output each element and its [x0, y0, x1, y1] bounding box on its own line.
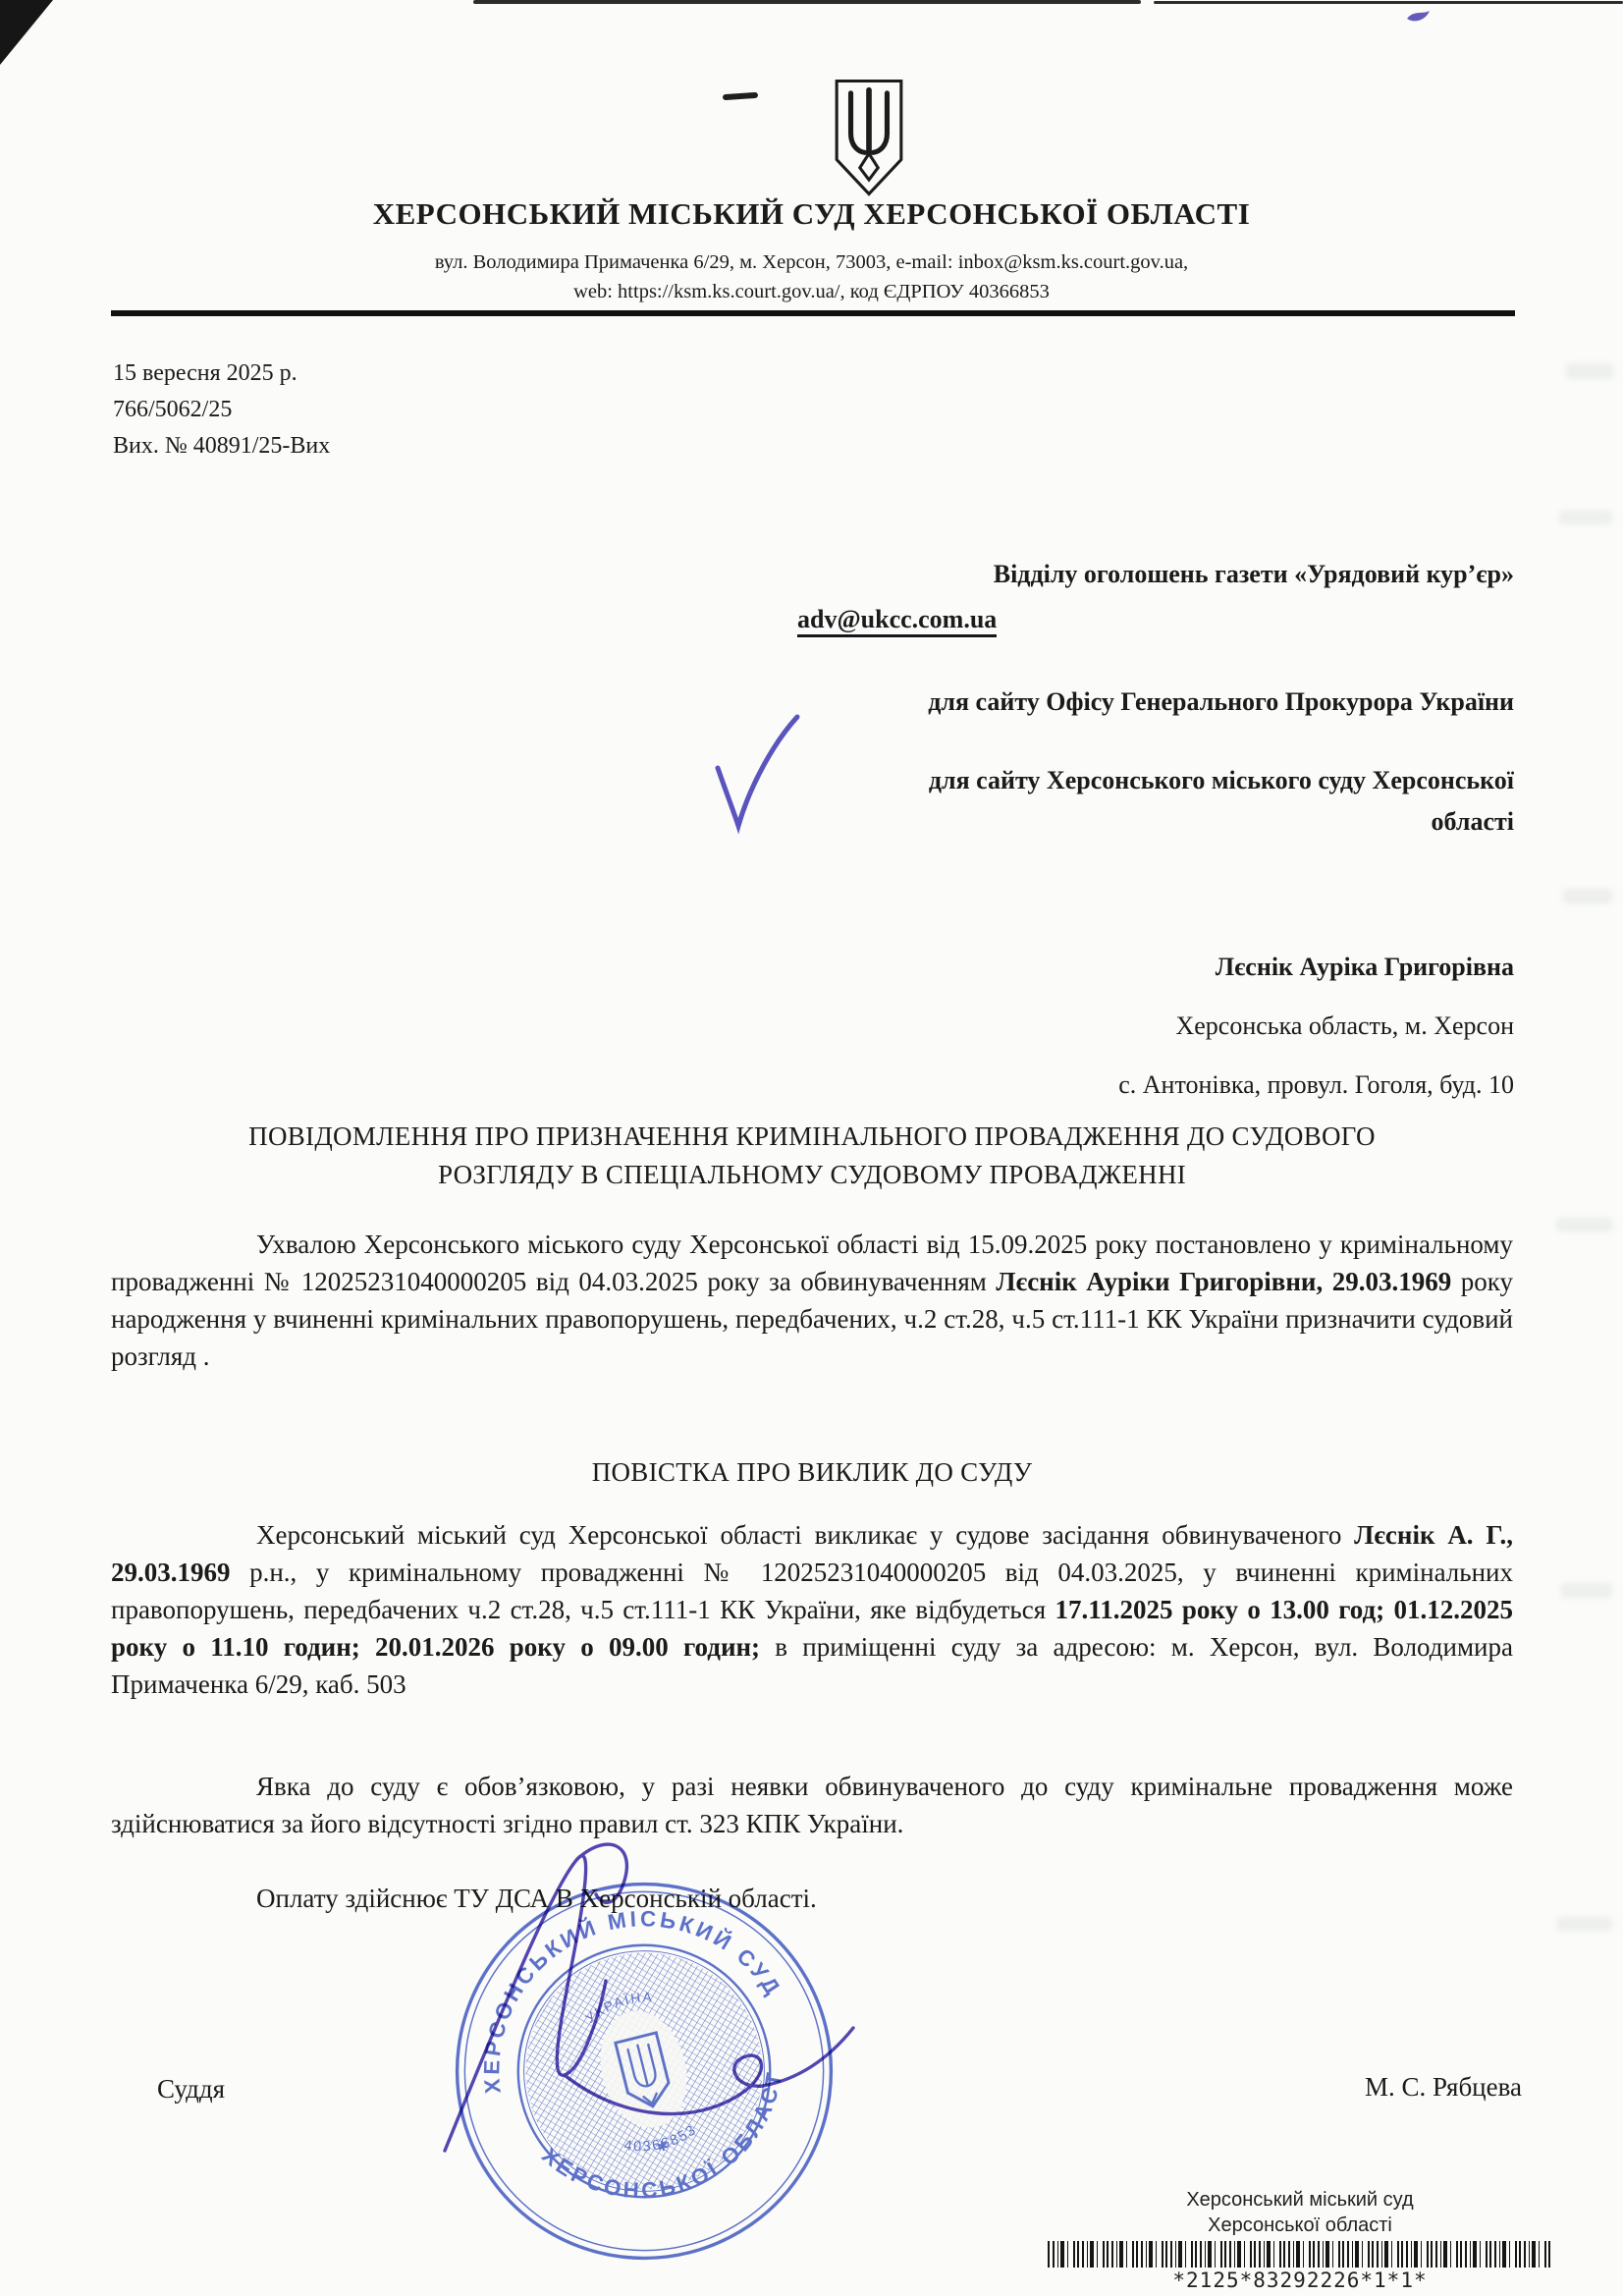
handwritten-checkmark-icon [705, 709, 803, 837]
doc-outgoing-number: Вих. № 40891/25-Вих [113, 428, 330, 465]
recipient-person-name: Лєснік Ауріка Григорівна [797, 953, 1514, 982]
scan-bleedthrough [1559, 511, 1612, 524]
barcode-code-text: *2125*83292226*1*1* [1045, 2269, 1555, 2292]
recipient-newspaper-email: adv@ukcc.com.ua [797, 605, 997, 634]
header-rule [111, 310, 1515, 316]
scan-bleedthrough [1566, 363, 1613, 379]
scan-top-edge-line-2 [1154, 1, 1623, 4]
recipient-person-region: Херсонська область, м. Херсон [797, 1011, 1514, 1041]
scan-bleedthrough [1557, 1917, 1612, 1931]
scan-bleedthrough [1561, 1583, 1612, 1598]
judge-name: М. С. Рябцева [1365, 2072, 1522, 2103]
recipient-prosecutor-site: для сайту Офісу Генерального Прокурора У… [797, 687, 1514, 717]
judge-label: Суддя [157, 2074, 225, 2105]
recipient-court-site: для сайту Херсонського міського суду Хер… [797, 766, 1514, 795]
recipient-court-site-cont: області [797, 807, 1514, 837]
judge-signature [417, 1812, 889, 2195]
scan-top-edge-line [473, 0, 1141, 4]
ukraine-trident-icon [831, 77, 907, 200]
court-web-line: web: https://ksm.ks.court.gov.ua/, код Є… [0, 281, 1623, 303]
scan-dash-mark [723, 92, 758, 100]
scan-bleedthrough [1563, 889, 1612, 903]
summons-paragraph: Херсонський міський суд Херсонської обла… [111, 1516, 1513, 1703]
scan-corner-artifact [0, 0, 53, 65]
scan-bleedthrough [1556, 1218, 1613, 1231]
summons-title: ПОВІСТКА ПРО ВИКЛИК ДО СУДУ [111, 1453, 1513, 1492]
barcode-caption-1: Херсонський міський суд [1045, 2188, 1555, 2213]
barcode-caption-2: Херсонської області [1045, 2214, 1555, 2238]
barcode-bars [1048, 2241, 1552, 2268]
recipient-person-address: с. Антонівка, провул. Гоголя, буд. 10 [797, 1070, 1514, 1100]
doc-date: 15 вересня 2025 р. [113, 355, 330, 392]
doc-case-number: 766/5062/25 [113, 392, 330, 428]
document-page: ХЕРСОНСЬКИЙ МІСЬКИЙ СУД ХЕРСОНСЬКОЇ ОБЛА… [0, 0, 1623, 2296]
recipient-newspaper: Відділу оголошень газети «Урядовий кур’є… [797, 560, 1514, 589]
ink-mark-icon [1404, 6, 1437, 27]
notice-title: ПОВІДОМЛЕННЯ ПРО ПРИЗНАЧЕННЯ КРИМІНАЛЬНО… [111, 1118, 1513, 1194]
notice-paragraph: Ухвалою Херсонського міського суду Херсо… [111, 1226, 1513, 1375]
court-name: ХЕРСОНСЬКИЙ МІСЬКИЙ СУД ХЕРСОНСЬКОЇ ОБЛА… [0, 196, 1623, 232]
court-address-line: вул. Володимира Примаченка 6/29, м. Херс… [0, 251, 1623, 274]
